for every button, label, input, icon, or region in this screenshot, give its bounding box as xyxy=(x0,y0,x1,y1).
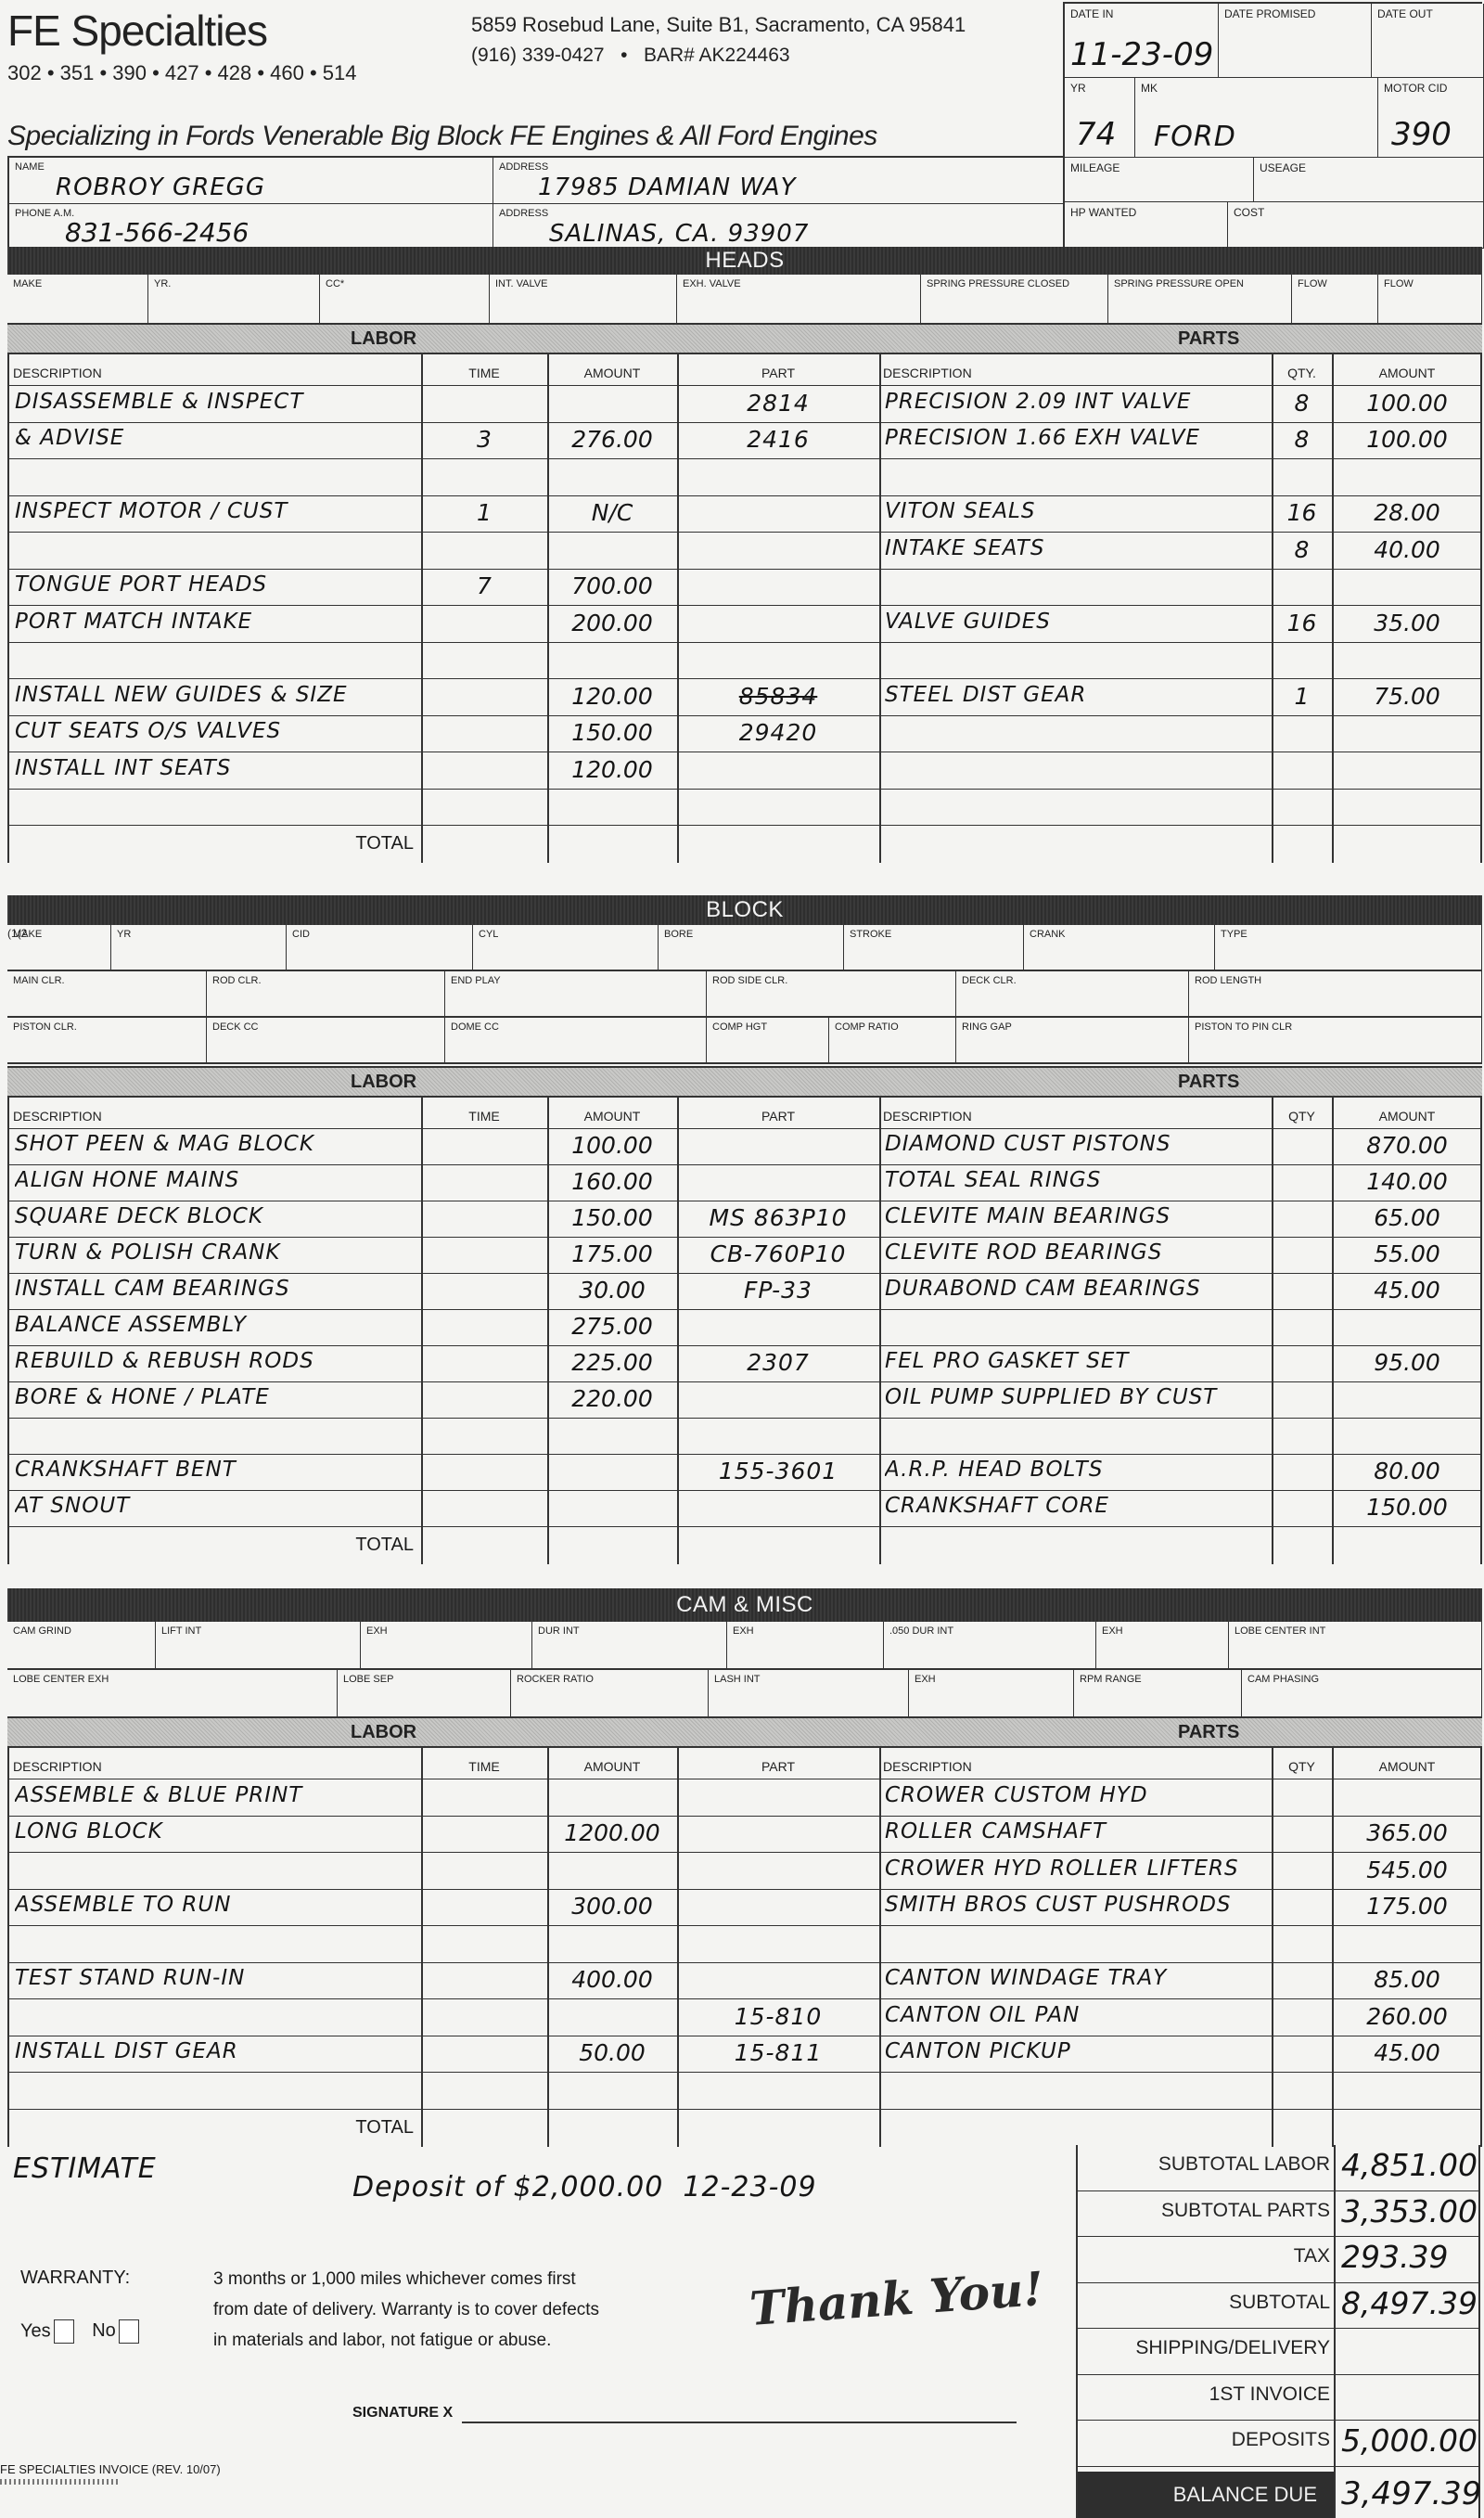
part-number[interactable] xyxy=(677,1893,879,1925)
block-spec-field[interactable]: MAKE xyxy=(7,925,111,971)
cam-spec-field[interactable]: RPM RANGE xyxy=(1074,1670,1242,1718)
part-qty[interactable] xyxy=(1272,1893,1332,1925)
part-qty[interactable] xyxy=(1272,2039,1332,2072)
part-amount[interactable]: 870.00 xyxy=(1332,1132,1482,1164)
labor-description[interactable]: Test Stand Run-in xyxy=(15,1966,421,1998)
labor-description[interactable]: Long Block xyxy=(15,1819,421,1852)
part-qty[interactable] xyxy=(1272,1240,1332,1273)
customer-phone-value: 831-566-2456 xyxy=(65,217,249,248)
useage-field[interactable]: USEAGE xyxy=(1254,158,1484,202)
labor-description[interactable] xyxy=(15,792,421,825)
labor-description[interactable]: Rebuild & Rebush Rods xyxy=(15,1349,421,1381)
totals-value[interactable]: 3,353.00 xyxy=(1341,2193,1478,2229)
part-qty[interactable] xyxy=(1272,1385,1332,1418)
part-amount[interactable]: 365.00 xyxy=(1332,1819,1482,1852)
labor-time[interactable] xyxy=(421,1966,547,1998)
labor-amount[interactable] xyxy=(547,463,677,495)
labor-time[interactable] xyxy=(421,1168,547,1201)
block-spec-label: YR xyxy=(117,929,131,940)
labor-time[interactable] xyxy=(421,1349,547,1381)
part-description[interactable]: Precision 2.09 Int Valve xyxy=(885,390,1272,422)
block-spec-field[interactable]: COMP RATIO xyxy=(829,1018,956,1064)
part-qty[interactable] xyxy=(1272,719,1332,752)
labor-description[interactable]: Assemble & Blue Print xyxy=(15,1783,421,1816)
cost-field[interactable]: COST xyxy=(1228,202,1484,249)
block-spec-field[interactable]: CRANK xyxy=(1024,925,1215,971)
part-amount[interactable]: 545.00 xyxy=(1332,1856,1482,1889)
part-amount[interactable] xyxy=(1332,792,1482,825)
heads-spec-field[interactable]: FLOW xyxy=(1378,275,1482,325)
labor-amount[interactable] xyxy=(547,2003,677,2036)
heads-spec-field[interactable]: SPRING PRESSURE CLOSED xyxy=(921,275,1108,325)
labor-time[interactable] xyxy=(421,1930,547,1962)
part-amount[interactable]: 140.00 xyxy=(1332,1168,1482,1201)
labor-description[interactable]: & Advise xyxy=(15,426,421,458)
labor-time[interactable]: 1 xyxy=(421,499,547,532)
block-spec-field[interactable]: BORE xyxy=(659,925,844,971)
labor-amount[interactable]: 200.00 xyxy=(547,610,677,642)
part-qty[interactable]: 8 xyxy=(1272,426,1332,458)
part-description[interactable]: Fel Pro Gasket Set xyxy=(885,1349,1272,1381)
part-qty[interactable] xyxy=(1272,1313,1332,1345)
table-row: Inspect Motor / Cust1N/CViton Seals1628.… xyxy=(7,496,1482,533)
customer-address-field[interactable]: ADDRESS 17985 Damian Way xyxy=(493,158,1065,204)
part-number[interactable] xyxy=(677,1132,879,1164)
hp-wanted-field[interactable]: HP WANTED xyxy=(1065,202,1228,249)
labor-description[interactable]: Shot Peen & Mag Block xyxy=(15,1132,421,1164)
part-description[interactable]: Oil Pump Supplied By Cust xyxy=(885,1385,1272,1418)
labor-description[interactable]: Install Int Seats xyxy=(15,756,421,789)
part-amount[interactable]: 100.00 xyxy=(1332,390,1482,422)
labor-amount[interactable] xyxy=(547,536,677,569)
part-description[interactable] xyxy=(885,2076,1272,2109)
block-spec-field[interactable]: DOME CC xyxy=(445,1018,707,1064)
part-number[interactable] xyxy=(677,1930,879,1962)
labor-time[interactable] xyxy=(421,463,547,495)
part-number[interactable] xyxy=(677,646,879,678)
part-amount[interactable]: 35.00 xyxy=(1332,610,1482,642)
block-spec-label: ROD CLR. xyxy=(212,975,262,986)
part-amount[interactable]: 95.00 xyxy=(1332,1349,1482,1381)
labor-time[interactable] xyxy=(421,1856,547,1889)
labor-amount[interactable] xyxy=(547,2076,677,2109)
labor-description[interactable]: Align Hone Mains xyxy=(15,1168,421,1201)
labor-amount[interactable]: 150.00 xyxy=(547,719,677,752)
block-spec-field[interactable]: TYPE xyxy=(1215,925,1482,971)
part-number[interactable] xyxy=(677,572,879,605)
part-qty[interactable]: 8 xyxy=(1272,390,1332,422)
part-description[interactable]: Canton Pickup xyxy=(885,2039,1272,2072)
part-amount[interactable] xyxy=(1332,1783,1482,1816)
part-amount[interactable]: 45.00 xyxy=(1332,2039,1482,2072)
labor-amount[interactable]: 300.00 xyxy=(547,1893,677,1925)
labor-description[interactable]: Inspect Motor / Cust xyxy=(15,499,421,532)
part-number[interactable] xyxy=(677,1966,879,1998)
table-row: Long Block1200.00Roller Camshaft365.00 xyxy=(7,1817,1482,1854)
part-number[interactable] xyxy=(677,1494,879,1526)
labor-amount[interactable]: 220.00 xyxy=(547,1385,677,1418)
customer-name-field[interactable]: NAME Robroy Gregg xyxy=(9,158,493,204)
part-amount[interactable]: 40.00 xyxy=(1332,536,1482,569)
cam-spec-field[interactable]: DUR INT xyxy=(532,1622,727,1670)
part-number[interactable]: 29420 xyxy=(677,719,879,752)
labor-amount[interactable] xyxy=(547,1421,677,1454)
labor-time[interactable] xyxy=(421,1783,547,1816)
customer-address2-field[interactable]: ADDRESS Salinas, CA. 93907 xyxy=(493,204,1065,249)
part-number[interactable]: 155-3601 xyxy=(677,1458,879,1490)
labor-amount[interactable]: 276.00 xyxy=(547,426,677,458)
part-qty[interactable] xyxy=(1272,1458,1332,1490)
warranty-no-checkbox[interactable] xyxy=(119,2319,139,2344)
part-amount[interactable] xyxy=(1332,572,1482,605)
labor-time[interactable]: 7 xyxy=(421,572,547,605)
labor-time[interactable] xyxy=(421,1277,547,1309)
labor-amount[interactable] xyxy=(547,1458,677,1490)
cam-spec-field[interactable]: LOBE CENTER EXH xyxy=(7,1670,338,1718)
labor-amount[interactable]: 700.00 xyxy=(547,572,677,605)
heads-spec-field[interactable]: INT. VALVE xyxy=(490,275,677,325)
motor-cid-field[interactable]: MOTOR CID 390 xyxy=(1378,78,1484,158)
labor-amount[interactable]: 150.00 xyxy=(547,1204,677,1237)
part-number[interactable]: 85834 xyxy=(677,683,879,715)
part-number[interactable]: CB-760P10 xyxy=(677,1240,879,1273)
date-in-field[interactable]: DATE IN 11-23-09 xyxy=(1065,4,1219,78)
labor-time[interactable] xyxy=(421,2039,547,2072)
labor-amount[interactable] xyxy=(547,1494,677,1526)
part-description[interactable] xyxy=(885,756,1272,789)
labor-description[interactable]: at Snout xyxy=(15,1494,421,1526)
totals-value[interactable]: 8,497.39 xyxy=(1341,2285,1478,2321)
labor-time[interactable] xyxy=(421,719,547,752)
part-description[interactable]: Canton Windage Tray xyxy=(885,1966,1272,1998)
labor-description[interactable]: Turn & Polish Crank xyxy=(15,1240,421,1273)
heads-spec-field[interactable]: FLOW xyxy=(1292,275,1378,325)
mileage-field[interactable]: MILEAGE xyxy=(1065,158,1254,202)
part-amount[interactable]: 28.00 xyxy=(1332,499,1482,532)
part-amount[interactable] xyxy=(1332,1930,1482,1962)
labor-description[interactable]: Balance Assembly xyxy=(15,1313,421,1345)
part-qty[interactable] xyxy=(1272,1930,1332,1962)
labor-time[interactable] xyxy=(421,2076,547,2109)
cam-spec-field[interactable]: LOBE SEP xyxy=(338,1670,511,1718)
part-description[interactable]: Total Seal Rings xyxy=(885,1168,1272,1201)
labor-amount[interactable] xyxy=(547,1930,677,1962)
part-qty[interactable] xyxy=(1272,792,1332,825)
labor-time[interactable] xyxy=(421,1494,547,1526)
part-description[interactable]: Clevite Main Bearings xyxy=(885,1204,1272,1237)
part-qty[interactable]: 16 xyxy=(1272,610,1332,642)
block-spec-field[interactable]: CYL xyxy=(473,925,659,971)
part-description[interactable]: A.R.P. Head Bolts xyxy=(885,1458,1272,1490)
labor-time[interactable] xyxy=(421,1458,547,1490)
cam-spec-field[interactable]: CAM GRIND xyxy=(7,1622,156,1670)
part-description[interactable]: Steel Dist Gear xyxy=(885,683,1272,715)
part-qty[interactable] xyxy=(1272,572,1332,605)
part-amount[interactable]: 100.00 xyxy=(1332,426,1482,458)
part-description[interactable]: Clevite Rod Bearings xyxy=(885,1240,1272,1273)
block-spec-field[interactable]: CID xyxy=(287,925,473,971)
labor-description[interactable]: Assemble to Run xyxy=(15,1893,421,1925)
part-amount[interactable] xyxy=(1332,1421,1482,1454)
labor-amount[interactable] xyxy=(547,792,677,825)
totals-value[interactable]: 5,000.00 xyxy=(1341,2422,1478,2459)
cam-spec-field[interactable]: EXH xyxy=(1096,1622,1229,1670)
cost-label: COST xyxy=(1234,206,1264,219)
part-description[interactable]: Precision 1.66 Exh Valve xyxy=(885,426,1272,458)
part-description[interactable]: Smith Bros Cust Pushrods xyxy=(885,1893,1272,1925)
labor-amount[interactable]: 160.00 xyxy=(547,1168,677,1201)
labor-time[interactable] xyxy=(421,1385,547,1418)
part-number[interactable] xyxy=(677,2076,879,2109)
cam-spec-field[interactable]: LOBE CENTER INT xyxy=(1229,1622,1482,1670)
year-field[interactable]: YR 74 xyxy=(1065,78,1135,158)
labor-description[interactable]: Cut Seats O/S Valves xyxy=(15,719,421,752)
part-description[interactable]: Durabond Cam Bearings xyxy=(885,1277,1272,1309)
cam-spec-field[interactable]: EXH xyxy=(909,1670,1074,1718)
cam-spec-field[interactable]: EXH xyxy=(361,1622,532,1670)
labor-description[interactable] xyxy=(15,2003,421,2036)
part-qty[interactable] xyxy=(1272,1421,1332,1454)
labor-description[interactable]: Square Deck Block xyxy=(15,1204,421,1237)
labor-description[interactable] xyxy=(15,536,421,569)
part-number[interactable]: 2416 xyxy=(677,426,879,458)
part-description[interactable] xyxy=(885,1421,1272,1454)
part-description[interactable] xyxy=(885,463,1272,495)
part-description[interactable] xyxy=(885,1313,1272,1345)
part-amount[interactable]: 150.00 xyxy=(1332,1494,1482,1526)
block-spec-field[interactable]: STROKE xyxy=(844,925,1024,971)
labor-amount[interactable]: 120.00 xyxy=(547,683,677,715)
block-spec-field[interactable]: MAIN CLR. xyxy=(7,971,207,1018)
labor-time[interactable] xyxy=(421,683,547,715)
part-amount[interactable]: 80.00 xyxy=(1332,1458,1482,1490)
labor-amount[interactable] xyxy=(547,1856,677,1889)
labor-description[interactable]: Port Match Intake xyxy=(15,610,421,642)
block-spec-field[interactable]: DECK CC xyxy=(207,1018,445,1064)
customer-phone-field[interactable]: PHONE A.M. 831-566-2456 xyxy=(9,204,493,249)
column-divider xyxy=(547,354,549,863)
labor-description[interactable]: Bore & Hone / Plate xyxy=(15,1385,421,1418)
heads-spec-field[interactable]: SPRING PRESSURE OPEN xyxy=(1108,275,1292,325)
part-number[interactable] xyxy=(677,1783,879,1816)
labor-amount[interactable]: 175.00 xyxy=(547,1240,677,1273)
labor-description[interactable]: Install Cam Bearings xyxy=(15,1277,421,1309)
block-spec-field[interactable]: PISTON CLR. xyxy=(7,1018,207,1064)
date-promised-field[interactable]: DATE PROMISED xyxy=(1219,4,1372,78)
part-description[interactable]: Crower Hyd Roller Lifters xyxy=(885,1856,1272,1889)
balance-due-value[interactable]: 3,497.39 xyxy=(1341,2475,1481,2512)
part-number[interactable]: 2814 xyxy=(677,390,879,422)
labor-description[interactable]: Disassemble & Inspect xyxy=(15,390,421,422)
part-number[interactable] xyxy=(677,536,879,569)
labor-amount[interactable]: N/C xyxy=(547,499,677,532)
block-spec-field[interactable]: ROD CLR. xyxy=(207,971,445,1018)
labor-time[interactable] xyxy=(421,390,547,422)
part-description[interactable]: Intake Seats xyxy=(885,536,1272,569)
labor-amount[interactable]: 30.00 xyxy=(547,1277,677,1309)
part-qty[interactable] xyxy=(1272,2003,1332,2036)
part-qty[interactable] xyxy=(1272,1277,1332,1309)
labor-time[interactable] xyxy=(421,2003,547,2036)
part-qty[interactable] xyxy=(1272,1856,1332,1889)
labor-description[interactable] xyxy=(15,1421,421,1454)
labor-amount[interactable]: 275.00 xyxy=(547,1313,677,1345)
part-number[interactable]: 15-810 xyxy=(677,2003,879,2036)
labor-time[interactable] xyxy=(421,792,547,825)
block-spec-field[interactable]: END PLAY xyxy=(445,971,707,1018)
heads-spec-field[interactable]: CC* xyxy=(320,275,490,325)
block-spec-field[interactable]: ROD LENGTH xyxy=(1189,971,1482,1018)
part-number[interactable] xyxy=(677,499,879,532)
part-number[interactable] xyxy=(677,1313,879,1345)
part-description[interactable] xyxy=(885,1930,1272,1962)
part-number[interactable]: MS 863P10 xyxy=(677,1204,879,1237)
part-number[interactable] xyxy=(677,1168,879,1201)
labor-description[interactable]: Install Dist Gear xyxy=(15,2039,421,2072)
cam-spec-field[interactable]: EXH xyxy=(727,1622,884,1670)
part-qty[interactable] xyxy=(1272,646,1332,678)
labor-time[interactable] xyxy=(421,1204,547,1237)
labor-description[interactable] xyxy=(15,1930,421,1962)
labor-time[interactable] xyxy=(421,646,547,678)
block-spec-field[interactable]: ROD SIDE CLR. xyxy=(707,971,956,1018)
date-out-field[interactable]: DATE OUT xyxy=(1372,4,1484,78)
part-amount[interactable] xyxy=(1332,719,1482,752)
part-amount[interactable]: 175.00 xyxy=(1332,1893,1482,1925)
part-qty[interactable] xyxy=(1272,1168,1332,1201)
cam-spec-field[interactable]: CAM PHASING xyxy=(1242,1670,1482,1718)
labor-time[interactable] xyxy=(421,1132,547,1164)
part-number[interactable] xyxy=(677,1421,879,1454)
part-number[interactable]: FP-33 xyxy=(677,1277,879,1309)
part-amount[interactable]: 45.00 xyxy=(1332,1277,1482,1309)
block-spec-field[interactable]: RING GAP xyxy=(956,1018,1189,1064)
part-qty[interactable]: 1 xyxy=(1272,683,1332,715)
labor-time[interactable] xyxy=(421,1313,547,1345)
labor-description[interactable]: Install New Guides & Size xyxy=(15,683,421,715)
labor-amount[interactable]: 400.00 xyxy=(547,1966,677,1998)
labor-amount[interactable]: 1200.00 xyxy=(547,1819,677,1852)
part-amount[interactable] xyxy=(1332,646,1482,678)
part-number[interactable] xyxy=(677,463,879,495)
part-amount[interactable] xyxy=(1332,1385,1482,1418)
labor-amount[interactable]: 225.00 xyxy=(547,1349,677,1381)
part-amount[interactable] xyxy=(1332,463,1482,495)
labor-description[interactable] xyxy=(15,646,421,678)
labor-amount[interactable]: 50.00 xyxy=(547,2039,677,2072)
labor-description[interactable] xyxy=(15,463,421,495)
part-amount[interactable]: 55.00 xyxy=(1332,1240,1482,1273)
part-number[interactable] xyxy=(677,610,879,642)
part-description[interactable] xyxy=(885,646,1272,678)
block-spec-field[interactable]: YR xyxy=(111,925,287,971)
part-qty[interactable] xyxy=(1272,2076,1332,2109)
block-spec-field[interactable]: PISTON TO PIN CLR xyxy=(1189,1018,1482,1064)
labor-time[interactable] xyxy=(421,1893,547,1925)
part-qty[interactable]: 8 xyxy=(1272,536,1332,569)
cam-spec-field[interactable]: .050 DUR INT xyxy=(884,1622,1096,1670)
part-description[interactable]: Canton Oil Pan xyxy=(885,2003,1272,2036)
cam-spec-field[interactable]: LIFT INT xyxy=(156,1622,361,1670)
part-qty[interactable] xyxy=(1272,1132,1332,1164)
make-field[interactable]: MK Ford xyxy=(1135,78,1378,158)
labor-time[interactable] xyxy=(421,1421,547,1454)
part-description[interactable] xyxy=(885,572,1272,605)
labor-description[interactable] xyxy=(15,2076,421,2109)
totals-value[interactable]: 4,851.00 xyxy=(1341,2147,1478,2183)
part-description[interactable]: Diamond Cust Pistons xyxy=(885,1132,1272,1164)
part-qty[interactable] xyxy=(1272,1204,1332,1237)
warranty-yes-checkbox[interactable] xyxy=(54,2319,74,2344)
part-description[interactable]: Valve Guides xyxy=(885,610,1272,642)
heads-spec-field[interactable]: EXH. VALVE xyxy=(677,275,921,325)
part-qty[interactable] xyxy=(1272,1783,1332,1816)
part-number[interactable]: 15-811 xyxy=(677,2039,879,2072)
part-number[interactable] xyxy=(677,1856,879,1889)
labor-time[interactable] xyxy=(421,756,547,789)
part-number[interactable] xyxy=(677,1819,879,1852)
labor-amount[interactable] xyxy=(547,390,677,422)
column-divider xyxy=(1332,354,1334,863)
part-qty[interactable] xyxy=(1272,1494,1332,1526)
labor-amount[interactable]: 120.00 xyxy=(547,756,677,789)
part-amount[interactable]: 85.00 xyxy=(1332,1966,1482,1998)
part-number[interactable] xyxy=(677,756,879,789)
part-qty[interactable] xyxy=(1272,463,1332,495)
labor-description[interactable] xyxy=(15,1856,421,1889)
part-qty[interactable] xyxy=(1272,756,1332,789)
labor-time[interactable] xyxy=(421,536,547,569)
part-number[interactable]: 2307 xyxy=(677,1349,879,1381)
part-number[interactable] xyxy=(677,792,879,825)
part-description[interactable]: Viton Seals xyxy=(885,499,1272,532)
part-qty[interactable] xyxy=(1272,1819,1332,1852)
labor-amount[interactable] xyxy=(547,1783,677,1816)
labor-amount[interactable]: 100.00 xyxy=(547,1132,677,1164)
labor-amount[interactable] xyxy=(547,646,677,678)
labor-time[interactable] xyxy=(421,610,547,642)
part-amount[interactable]: 260.00 xyxy=(1332,2003,1482,2036)
part-amount[interactable] xyxy=(1332,2076,1482,2109)
totals-value[interactable]: 293.39 xyxy=(1341,2239,1448,2275)
part-qty[interactable] xyxy=(1272,1349,1332,1381)
labor-time[interactable] xyxy=(421,1819,547,1852)
part-number[interactable] xyxy=(677,1385,879,1418)
part-amount[interactable]: 75.00 xyxy=(1332,683,1482,715)
part-amount[interactable]: 65.00 xyxy=(1332,1204,1482,1237)
cam-spec-field[interactable]: LASH INT xyxy=(709,1670,909,1718)
block-spec-field[interactable]: COMP HGT xyxy=(707,1018,829,1064)
heads-spec-field[interactable]: YR. xyxy=(148,275,320,325)
labor-time[interactable]: 3 xyxy=(421,426,547,458)
block-spec-field[interactable]: DECK CLR. xyxy=(956,971,1189,1018)
part-qty[interactable]: 16 xyxy=(1272,499,1332,532)
labor-description[interactable]: Crankshaft Bent xyxy=(15,1458,421,1490)
signature-line[interactable] xyxy=(462,2422,1017,2423)
part-description[interactable]: Crankshaft Core xyxy=(885,1494,1272,1526)
part-amount[interactable] xyxy=(1332,756,1482,789)
part-amount[interactable] xyxy=(1332,1313,1482,1345)
part-qty[interactable] xyxy=(1272,1966,1332,1998)
labor-description[interactable]: Tongue Port Heads xyxy=(15,572,421,605)
heads-spec-field[interactable]: MAKE xyxy=(7,275,148,325)
part-description[interactable] xyxy=(885,792,1272,825)
part-description[interactable]: Crower Custom Hyd xyxy=(885,1783,1272,1816)
part-description[interactable] xyxy=(885,719,1272,752)
cam-spec-field[interactable]: ROCKER RATIO xyxy=(511,1670,709,1718)
part-description[interactable]: Roller Camshaft xyxy=(885,1819,1272,1852)
labor-time[interactable] xyxy=(421,1240,547,1273)
